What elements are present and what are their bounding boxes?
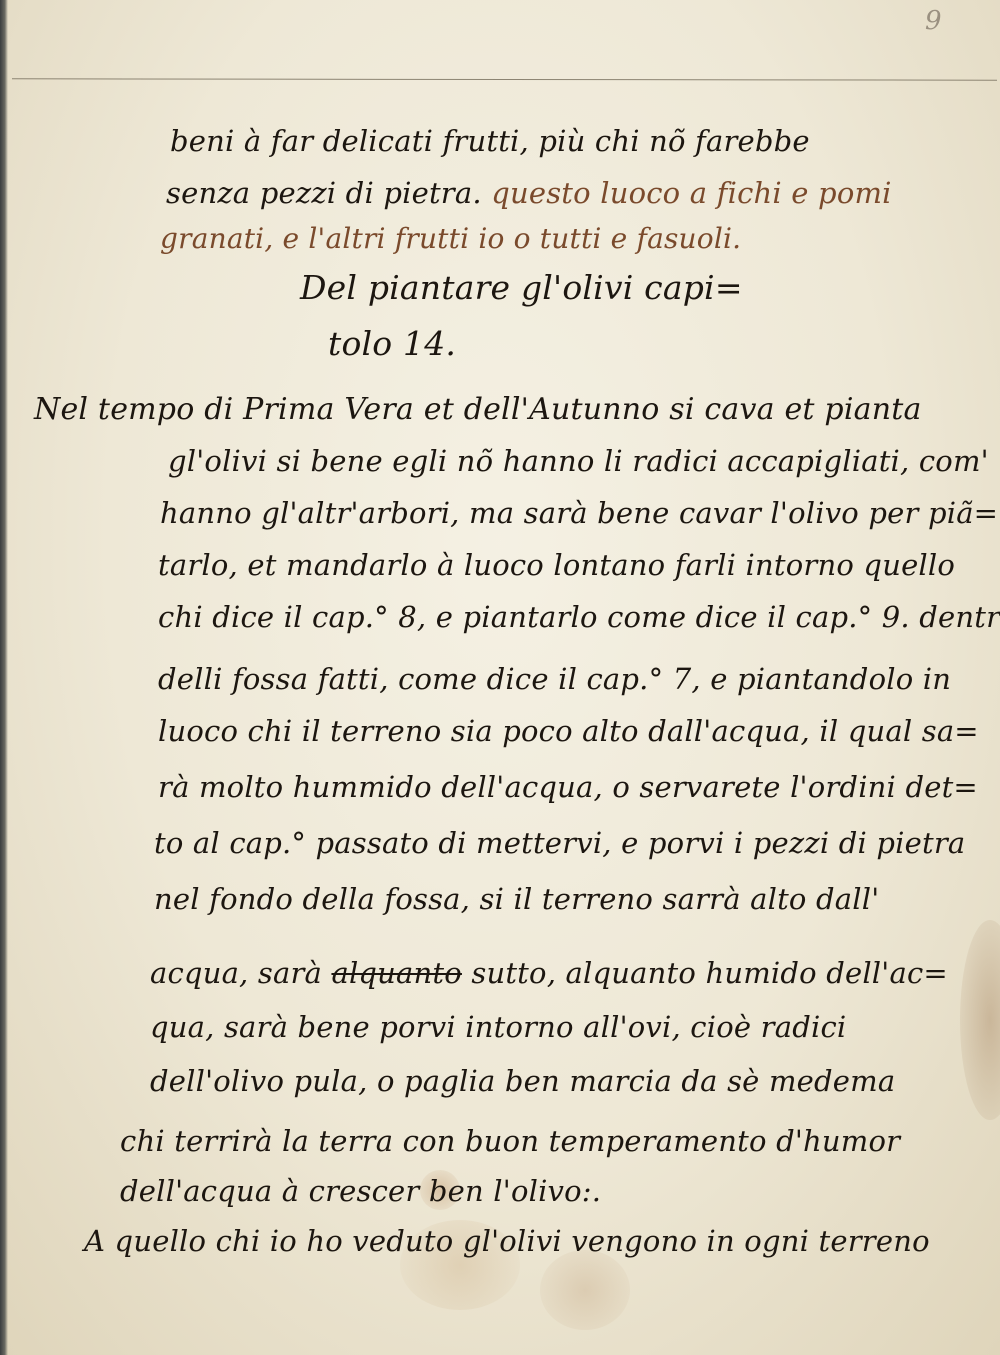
- text-line: chi dice il cap.° 8, e piantarlo come di…: [158, 600, 1000, 634]
- text-line: beni à far delicati frutti, più chi nõ f…: [170, 124, 810, 158]
- text-line: Nel tempo di Prima Vera et dell'Autunno …: [34, 392, 922, 427]
- struck-through-word: alquanto: [331, 956, 462, 990]
- chapter-heading-number: tolo 14.: [328, 324, 456, 363]
- top-ruled-line: [12, 78, 997, 80]
- text-line: acqua, sarà alquanto sutto, alquanto hum…: [150, 956, 948, 990]
- paragraph-start-line: A quello chi io ho veduto gl'olivi vengo…: [84, 1224, 930, 1258]
- text-line: chi terrirà la terra con buon temperamen…: [120, 1124, 900, 1158]
- text-fragment: acqua, sarà: [150, 956, 331, 990]
- manuscript-page: 9 beni à far delicati frutti, più chi nõ…: [0, 0, 1000, 1355]
- text-line: hanno gl'altr'arbori, ma sarà bene cavar…: [160, 496, 998, 530]
- text-line: gl'olivi si bene egli nõ hanno li radici…: [168, 444, 989, 478]
- text-line: delli fossa fatti, come dice il cap.° 7,…: [158, 662, 951, 696]
- text-line: rà molto hummido dell'acqua, o servarete…: [158, 770, 978, 804]
- paper-stain: [540, 1250, 630, 1330]
- page-binding-edge: [0, 0, 8, 1355]
- marginal-annotation: questo luoco a fichi e pomi: [491, 176, 891, 210]
- text-line: tarlo, et mandarlo à luoco lontano farli…: [158, 548, 955, 582]
- text-line: nel fondo della fossa, si il terreno sar…: [154, 882, 879, 916]
- chapter-heading: Del piantare gl'olivi capi=: [300, 268, 743, 307]
- text-line: dell'acqua à crescer ben l'olivo:.: [120, 1174, 601, 1208]
- text-fragment: sutto, alquanto humido dell'ac=: [462, 956, 948, 990]
- text-line: luoco chi il terreno sia poco alto dall'…: [158, 714, 979, 748]
- text-line: qua, sarà bene porvi intorno all'ovi, ci…: [150, 1010, 846, 1044]
- marginal-annotation: granati, e l'altri frutti io o tutti e f…: [160, 222, 741, 255]
- text-line-main: senza pezzi di pietra.: [166, 176, 482, 210]
- text-line: senza pezzi di pietra. questo luoco a fi…: [166, 176, 892, 210]
- folio-number: 9: [925, 6, 942, 36]
- text-line: to al cap.° passato di mettervi, e porvi…: [154, 826, 965, 860]
- text-line: dell'olivo pula, o paglia ben marcia da …: [150, 1064, 895, 1098]
- paper-stain: [960, 920, 1000, 1120]
